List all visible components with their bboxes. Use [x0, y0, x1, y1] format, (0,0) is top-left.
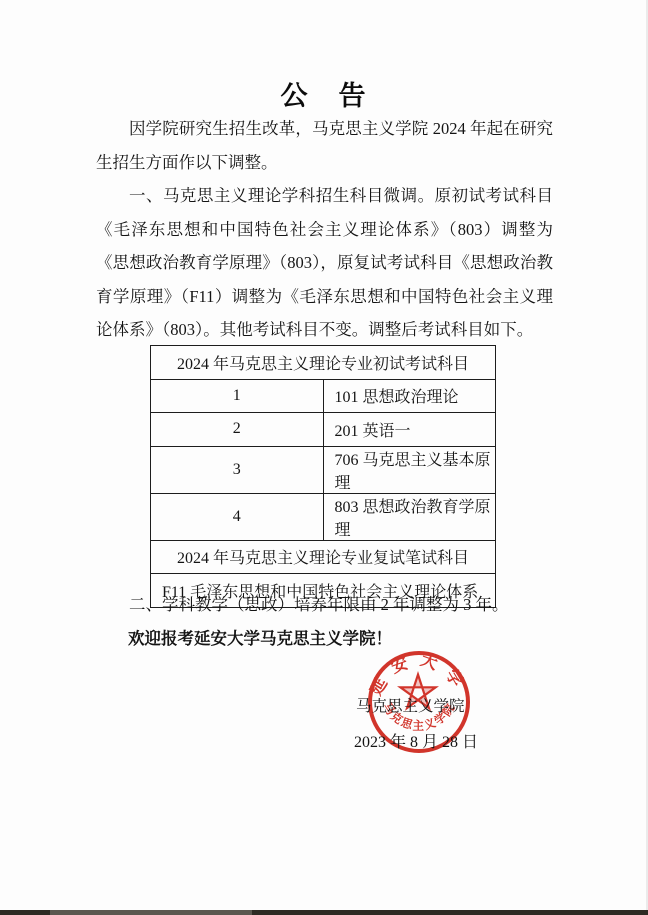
- paragraph-item-one: 一、马克思主义理论学科招生科目微调。原初试考试科目《毛泽东思想和中国特色社会主义…: [96, 179, 553, 347]
- table-row: 2201 英语一: [151, 413, 496, 447]
- body-text-block: 因学院研究生招生改革，马克思主义学院 2024 年起在研究生招生方面作以下调整。…: [96, 112, 553, 347]
- table-row: 1101 思想政治理论: [151, 379, 496, 413]
- table-header-initial-row: 2024 年马克思主义理论专业初试考试科目: [151, 346, 496, 380]
- table-header-retest: 2024 年马克思主义理论专业复试笔试科目: [151, 540, 496, 574]
- subject-name-cell: 706 马克思主义基本原理: [323, 446, 496, 493]
- table-header-initial: 2024 年马克思主义理论专业初试考试科目: [151, 346, 496, 380]
- retest-header-row: 2024 年马克思主义理论专业复试笔试科目: [151, 540, 496, 574]
- subject-no-cell: 3: [151, 446, 324, 493]
- page-title: 公 告: [0, 74, 648, 113]
- seal-arc-top-text: 延安大学: [366, 649, 472, 699]
- table-row: 3706 马克思主义基本原理: [151, 446, 496, 493]
- signature-date: 2023 年 8 月 28 日: [354, 731, 478, 755]
- subject-no-cell: 1: [151, 379, 324, 413]
- subject-name-cell: 201 英语一: [323, 413, 496, 447]
- paragraph-intro: 因学院研究生招生改革，马克思主义学院 2024 年起在研究生招生方面作以下调整。: [96, 112, 553, 179]
- horizontal-scrollbar-thumb[interactable]: [50, 910, 252, 915]
- svg-text:延安大学: 延安大学: [366, 649, 472, 699]
- horizontal-scrollbar-track: [0, 910, 648, 915]
- signature-org: 马克思主义学院: [356, 696, 465, 718]
- table-row: 4803 思想政治教育学原理: [151, 493, 496, 540]
- paragraph-item-two: 二、学科教学（思政）培养年限由 2 年调整为 3 年。: [96, 588, 553, 622]
- announcement-page: 公 告 因学院研究生招生改革，马克思主义学院 2024 年起在研究生招生方面作以…: [0, 0, 648, 915]
- subject-name-cell: 101 思想政治理论: [323, 379, 496, 413]
- subject-no-cell: 2: [151, 413, 324, 447]
- subject-no-cell: 4: [151, 493, 324, 540]
- subject-name-cell: 803 思想政治教育学原理: [323, 493, 496, 540]
- welcome-line: 欢迎报考延安大学马克思主义学院！: [128, 622, 558, 656]
- exam-subjects-table: 2024 年马克思主义理论专业初试考试科目 1101 思想政治理论2201 英语…: [150, 345, 496, 608]
- exam-table-body: 2024 年马克思主义理论专业初试考试科目 1101 思想政治理论2201 英语…: [151, 346, 496, 608]
